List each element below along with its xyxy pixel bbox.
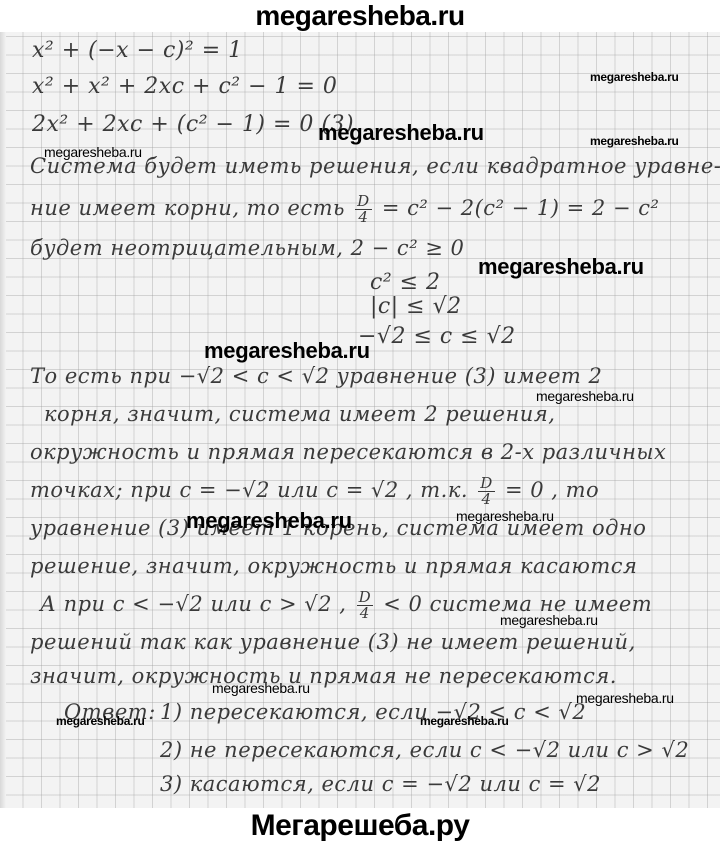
watermark: megaresheba.ru	[536, 388, 634, 404]
equation-1: x² + (−x − c)² = 1	[32, 38, 243, 63]
site-title: megaresheba.ru	[255, 0, 464, 31]
text-fragment: = c² − 2(c² − 1) = 2 − c²	[382, 196, 660, 220]
text-fragment: ние имеет корни, то есть	[30, 196, 345, 220]
fraction-denominator: 4	[478, 492, 495, 507]
watermark: megaresheba.ru	[590, 70, 679, 84]
text-fragment: точках; при c = −√2 или c = √2 , т.к.	[30, 478, 468, 502]
fraction-d-over-4: D 4	[478, 476, 495, 507]
text-line: точках; при c = −√2 или c = √2 , т.к. D …	[30, 476, 599, 507]
text-line: решение, значит, окружность и прямая кас…	[30, 554, 637, 578]
text-line: значит, окружность и прямая не пересекаю…	[30, 664, 617, 688]
text-line: окружность и прямая пересекаются в 2-х р…	[30, 440, 666, 464]
watermark: megaresheba.ru	[456, 508, 554, 524]
watermark: megaresheba.ru	[478, 254, 644, 280]
text-line: корня, значит, система имеет 2 решения,	[44, 402, 555, 426]
inequality-3: −√2 ≤ c ≤ √2	[358, 324, 516, 349]
answer-item-1: 1) пересекаются, если −√2 < c < √2	[160, 700, 586, 724]
watermark: megaresheba.ru	[44, 144, 142, 160]
watermark: megaresheba.ru	[56, 714, 145, 728]
answer-item-2: 2) не пересекаются, если c < −√2 или c >…	[160, 738, 689, 762]
equation-2: x² + x² + 2xc + c² − 1 = 0	[32, 74, 337, 99]
site-brand: Мегарешеба.ру	[251, 809, 470, 842]
site-header: megaresheba.ru	[0, 0, 720, 32]
text-line: решений так как уравнение (3) не имеет р…	[30, 630, 636, 654]
watermark: megaresheba.ru	[500, 612, 598, 628]
fraction-d-over-4: D 4	[357, 590, 374, 621]
watermark: megaresheba.ru	[420, 714, 509, 728]
fraction-denominator: 4	[355, 210, 372, 225]
watermark: megaresheba.ru	[590, 134, 679, 148]
site-footer: Мегарешеба.ру	[0, 808, 720, 844]
text-line: ние имеет корни, то есть D 4 = c² − 2(c²…	[30, 194, 659, 225]
watermark: megaresheba.ru	[576, 690, 674, 706]
equation-3: 2x² + 2xc + (c² − 1) = 0 (3)	[32, 112, 354, 137]
watermark: megaresheba.ru	[186, 508, 352, 534]
fraction-denominator: 4	[357, 606, 374, 621]
text-fragment: А при c < −√2 или c > √2 ,	[40, 592, 346, 616]
inequality-1: c² ≤ 2	[370, 270, 441, 295]
answer-item-3: 3) касаются, если c = −√2 или c = √2	[160, 772, 601, 796]
text-fragment: = 0 , то	[505, 478, 599, 502]
notebook-page: x² + (−x − c)² = 1 x² + x² + 2xc + c² − …	[0, 32, 720, 808]
watermark: megaresheba.ru	[318, 120, 484, 146]
text-line: будет неотрицательным, 2 − c² ≥ 0	[30, 236, 464, 260]
watermark: megaresheba.ru	[204, 338, 370, 364]
fraction-d-over-4: D 4	[355, 194, 372, 225]
watermark: megaresheba.ru	[212, 680, 310, 696]
inequality-2: |c| ≤ √2	[370, 294, 462, 319]
text-line: То есть при −√2 < c < √2 уравнение (3) и…	[30, 364, 602, 388]
